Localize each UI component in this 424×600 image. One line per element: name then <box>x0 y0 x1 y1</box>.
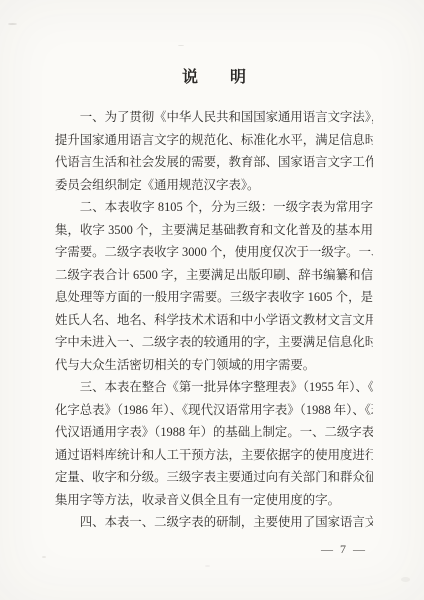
text-line: 二级字表合计 6500 字，主要满足出版印刷、辞书编纂和信 <box>55 264 373 287</box>
scan-artifact <box>42 556 46 558</box>
text-line: 字中未进入一、二级字表的较通用的字，主要满足信息化时 <box>55 331 373 354</box>
body-text: 一、为了贯彻《中华人民共和国国家通用语言文字法》，提升国家通用语言文字的规范化、… <box>55 106 373 534</box>
text-line: 定量、收字和分级。三级字表主要通过向有关部门和群众征 <box>55 466 373 489</box>
paragraph: 三、本表在整合《第一批异体字整理表》（1955 年）、《简化字总表》（1986 … <box>55 376 373 511</box>
document-page: 说 明 一、为了贯彻《中华人民共和国国家通用语言文字法》，提升国家通用语言文字的… <box>0 0 424 600</box>
text-line: 集，收字 3500 个，主要满足基础教育和文化普及的基本用 <box>55 219 373 242</box>
text-line: 通过语料库统计和人工干预方法，主要依据字的使用度进行 <box>55 444 373 467</box>
scan-artifact <box>205 565 210 567</box>
text-line: 代与大众生活密切相关的专门领域的用字需要。 <box>55 354 373 377</box>
text-line: 化字总表》（1986 年）、《现代汉语常用字表》（1988 年）、《现 <box>55 399 373 422</box>
scan-artifact <box>8 23 17 25</box>
text-line: 代语言生活和社会发展的需要，教育部、国家语言文字工作 <box>55 151 373 174</box>
text-line: 息处理等方面的一般用字需要。三级字表收字 1605 个，是 <box>55 286 373 309</box>
text-line: 提升国家通用语言文字的规范化、标准化水平，满足信息时 <box>55 129 373 152</box>
text-line: 四、本表一、二级字表的研制，主要使用了国家语言文 <box>55 511 373 534</box>
paragraph: 四、本表一、二级字表的研制，主要使用了国家语言文 <box>55 511 373 534</box>
scan-artifact <box>178 45 184 46</box>
page-title: 说 明 <box>55 64 373 87</box>
page-number: — 7 — <box>308 542 380 557</box>
paragraph: 一、为了贯彻《中华人民共和国国家通用语言文字法》，提升国家通用语言文字的规范化、… <box>55 106 373 196</box>
text-line: 集用字等方法，收录音义俱全且有一定使用度的字。 <box>55 489 373 512</box>
scan-artifact <box>401 577 410 582</box>
text-line: 代汉语通用字表》（1988 年）的基础上制定。一、二级字表 <box>55 421 373 444</box>
text-line: 委员会组织制定《通用规范汉字表》。 <box>55 174 373 197</box>
text-line: 字需要。二级字表收字 3000 个，使用度仅次于一级字。一、 <box>55 241 373 264</box>
text-line: 二、本表收字 8105 个，分为三级：一级字表为常用字 <box>55 196 373 219</box>
text-line: 三、本表在整合《第一批异体字整理表》（1955 年）、《简 <box>55 376 373 399</box>
text-line: 姓氏人名、地名、科学技术术语和中小学语文教材文言文用 <box>55 309 373 332</box>
text-line: 一、为了贯彻《中华人民共和国国家通用语言文字法》， <box>55 106 373 129</box>
paragraph: 二、本表收字 8105 个，分为三级：一级字表为常用字集，收字 3500 个，主… <box>55 196 373 376</box>
